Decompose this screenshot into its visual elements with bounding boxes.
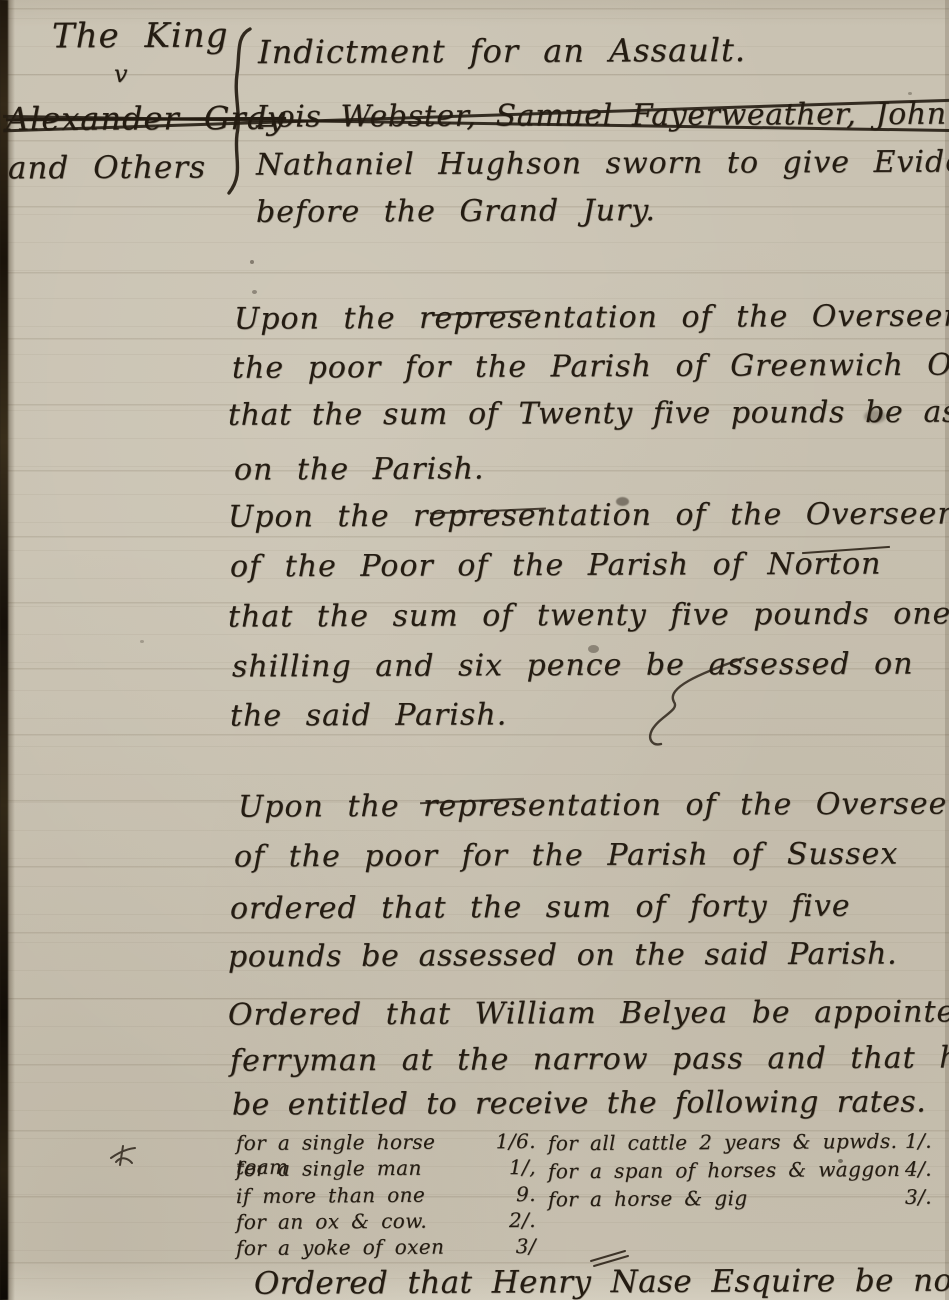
order-line: Upon the representation of the Overseers [238,786,949,824]
page-right-edge [945,0,949,1300]
order-line: ferryman at the narrow pass and that he [230,1040,949,1078]
rate-amount: 2/. [509,1208,536,1232]
rate-item: if more than one [236,1183,425,1208]
margin-mark [108,1142,138,1170]
ink-speck [250,260,254,264]
rate-row: for a horse & gig 3/. [548,1185,932,1212]
order-line: the said Parish. [230,697,507,733]
indictment-line: before the Grand Jury. [256,193,656,230]
indictment-line: Nathaniel Hughson sworn to give Evidence [256,144,949,182]
rate-item: for a span of horses & waggon [548,1157,900,1183]
rate-item: for all cattle 2 years & upwds. [548,1129,898,1155]
order-line: be entitled to receive the following rat… [232,1084,926,1122]
ink-speck [908,92,912,95]
rate-amount: 1/, [509,1155,536,1179]
order-line: Ordered that William Belyea be appointed [228,994,949,1032]
caption-versus: v [114,60,129,88]
order-line: pounds be assessed on the said Parish. [228,937,897,975]
order-line: of the poor for the Parish of Sussex [234,837,898,875]
ink-speck [252,290,257,294]
ink-speck [140,640,144,643]
order-line: of the Poor of the Parish of Norton [230,547,882,585]
caption-others: and Others [8,150,206,187]
rate-row: for a span of horses & waggon 4/. [548,1157,932,1184]
rate-row: for all cattle 2 years & upwds. 1/. [548,1129,932,1156]
rate-amount: 1/. [905,1129,932,1153]
rate-row: for a yoke of oxen 3/ [236,1234,536,1260]
rate-amount: 9. [516,1182,536,1206]
flourish-mark [640,652,750,752]
caption-brace [224,26,258,196]
rate-row: if more than one 9. [236,1182,536,1208]
manuscript-page: The King v Alexander Gray and Others Ind… [0,0,949,1300]
order-line: the poor for the Parish of Greenwich Ord… [232,347,949,386]
rate-item: for a yoke of oxen [236,1235,445,1260]
indictment-line: Lois Webster, Samuel Fayerweather, John … [256,96,949,134]
indictment-line: Indictment for an Assault. [258,31,746,71]
rate-item: for a horse & gig [548,1186,748,1211]
caption-plaintiff: The King [52,16,229,57]
rate-amount: 3/. [905,1185,932,1209]
order-line: shilling and six pence be assessed on [232,647,914,685]
order-line: on the Parish. [234,451,485,487]
rate-row: for an ox & cow. 2/. [236,1208,536,1234]
order-line: ordered that the sum of forty five [230,889,851,927]
footer-order-line: Ordered that Henry Nase Esquire be notif… [254,1262,949,1300]
book-gutter-edge [0,0,8,1300]
order-line: that the sum of twenty five pounds one [228,596,949,634]
order-line: Upon the representation of the Overseers [228,496,949,534]
rate-item: for an ox & cow. [236,1209,427,1234]
order-line: Upon the representation of the Overseers… [234,298,949,336]
ink-blot [588,645,599,653]
rate-row: for a single man 1/, [236,1155,536,1181]
ink-speck [838,1159,843,1163]
ink-smudge [864,410,886,423]
rate-item: for a single man [236,1156,422,1181]
rate-amount: 4/. [905,1157,932,1181]
rate-amount: 3/ [516,1234,536,1258]
order-line: that the sum of Twenty five pounds be as… [228,394,949,433]
ink-blot [616,497,629,506]
